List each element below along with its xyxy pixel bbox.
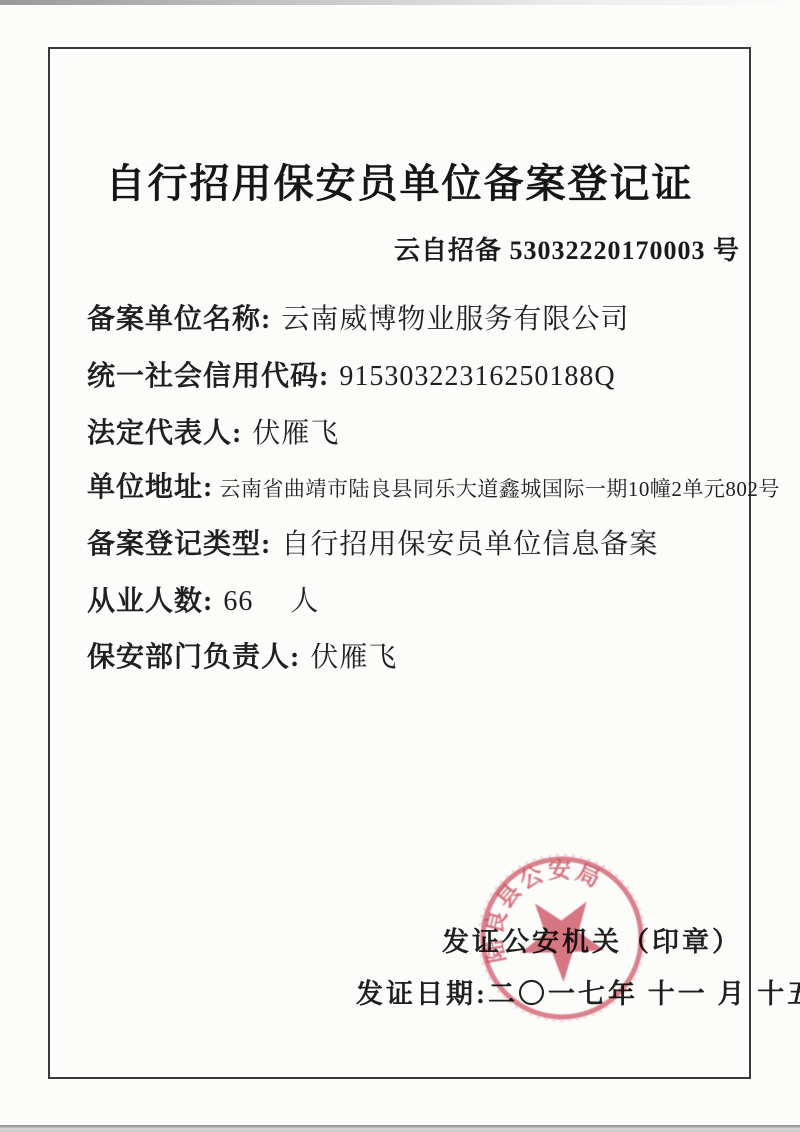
field-value: 自行招用保安员单位信息备案 [281,529,658,560]
field-value: 伏雁飞 [310,642,397,673]
field-label: 单位地址: [87,472,213,503]
scan-edge-bottom [0,1125,800,1132]
field-row-credit-code: 统一社会信用代码:91530322316250188Q [87,360,616,394]
certificate-number: 云自招备 53032220170003 号 [394,230,740,267]
field-row-unit-address: 单位地址:云南省曲靖市陆良县同乐大道鑫城国际一期10幢2单元802号 [87,471,780,506]
field-value: 伏雁飞 [252,418,339,449]
issuing-authority-caption: 发证公安机关（印章） [442,920,742,959]
field-row-unit-name: 备案单位名称:云南威博物业服务有限公司 [87,303,629,337]
field-label: 统一社会信用代码: [87,361,329,392]
field-row-security-dept-head: 保安部门负责人:伏雁飞 [87,641,397,675]
field-label: 备案单位名称: [87,304,271,335]
field-label: 备案登记类型: [87,529,271,560]
field-label: 从业人数: [87,586,213,617]
field-label: 法定代表人: [87,418,242,449]
field-value: 云南威博物业服务有限公司 [281,304,629,335]
field-row-employee-count: 从业人数:66 人 [87,585,319,619]
field-value: 91530322316250188Q [339,361,615,392]
field-label: 保安部门负责人: [87,642,300,673]
certificate-title: 自行招用保安员单位备案登记证 [48,152,751,209]
certificate-page: 自行招用保安员单位备案登记证 云自招备 53032220170003 号 备案单… [0,0,800,1132]
field-row-registration-type: 备案登记类型:自行招用保安员单位信息备案 [87,528,658,562]
scan-edge-top [0,0,800,5]
issue-date-line: 发证日期:二〇一七年 十一 月 十五 日 [356,972,800,1011]
field-value: 66 人 [223,586,319,617]
field-row-legal-representative: 法定代表人:伏雁飞 [87,417,339,451]
field-value: 云南省曲靖市陆良县同乐大道鑫城国际一期10幢2单元802号 [219,477,780,501]
